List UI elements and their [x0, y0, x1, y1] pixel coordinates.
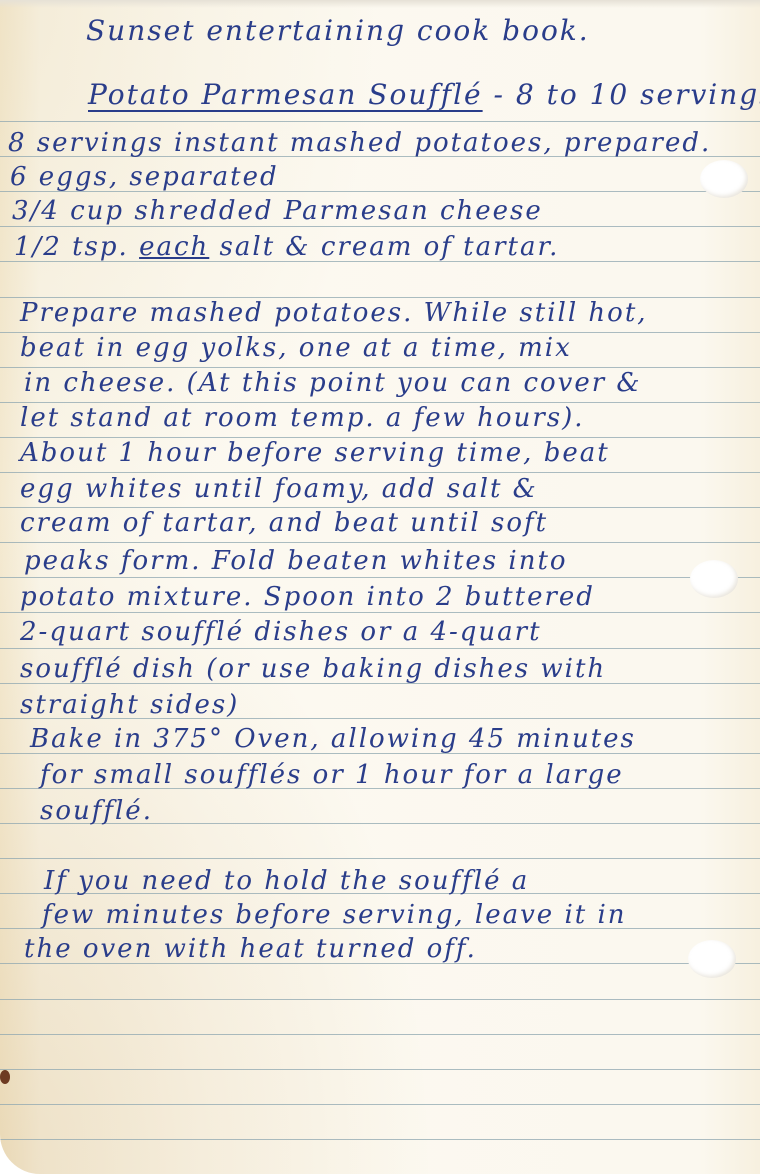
note-line: If you need to hold the soufflé a [44, 866, 529, 896]
direction-line: let stand at room temp. a few hours). [20, 403, 585, 433]
page-top-edge [0, 0, 760, 8]
source-note: Sunset entertaining cook book. [86, 14, 590, 47]
direction-line: peaks form. Fold beaten whites into [24, 546, 568, 576]
direction-line: for small soufflés or 1 hour for a large [40, 760, 624, 790]
ruled-line [0, 226, 760, 227]
ruled-line [0, 1034, 760, 1035]
direction-line: About 1 hour before serving time, beat [20, 438, 610, 468]
direction-line: straight sides) [20, 690, 239, 720]
ruled-line [0, 472, 760, 473]
ingredient-line: 8 servings instant mashed potatoes, prep… [8, 128, 711, 158]
punch-hole [690, 560, 738, 598]
recipe-title-line: Potato Parmesan Soufflé - 8 to 10 servin… [88, 78, 760, 111]
direction-line: soufflé dish (or use baking dishes with [20, 654, 606, 684]
ruled-line [0, 648, 760, 649]
ruled-line [0, 999, 760, 1000]
direction-line: soufflé. [40, 796, 153, 826]
recipe-title: Potato Parmesan Soufflé [88, 78, 483, 111]
ingredient-line: 6 eggs, separated [10, 162, 279, 192]
direction-line: Prepare mashed potatoes. While still hot… [20, 298, 648, 328]
ink-stain [0, 1070, 10, 1084]
punch-hole [700, 160, 748, 198]
ruled-line [0, 542, 760, 543]
note-line: few minutes before serving, leave it in [42, 900, 627, 930]
note-line: the oven with heat turned off. [24, 934, 477, 964]
notebook-page: Sunset entertaining cook book. Potato Pa… [0, 0, 760, 1174]
direction-line: in cheese. (At this point you can cover … [24, 368, 642, 398]
ruled-line [0, 612, 760, 613]
emphasized-word: each [139, 232, 209, 262]
punch-hole [688, 940, 736, 978]
direction-line: beat in egg yolks, one at a time, mix [20, 333, 572, 363]
recipe-yield: - 8 to 10 servings [494, 78, 760, 111]
ruled-line [0, 577, 760, 578]
direction-line: 2-quart soufflé dishes or a 4-quart [20, 617, 542, 647]
ingredient-line: 1/2 tsp. each salt & cream of tartar. [14, 232, 559, 262]
direction-line: potato mixture. Spoon into 2 buttered [20, 582, 595, 612]
ruled-line [0, 1069, 760, 1070]
ruled-line [0, 121, 760, 122]
ruled-line [0, 1104, 760, 1105]
ruled-line [0, 858, 760, 859]
ruled-line [0, 1139, 760, 1140]
direction-line: Bake in 375° Oven, allowing 45 minutes [30, 724, 636, 754]
direction-line: egg whites until foamy, add salt & [20, 474, 538, 504]
direction-line: cream of tartar, and beat until soft [20, 508, 548, 538]
ingredient-line: 3/4 cup shredded Parmesan cheese [12, 196, 543, 226]
